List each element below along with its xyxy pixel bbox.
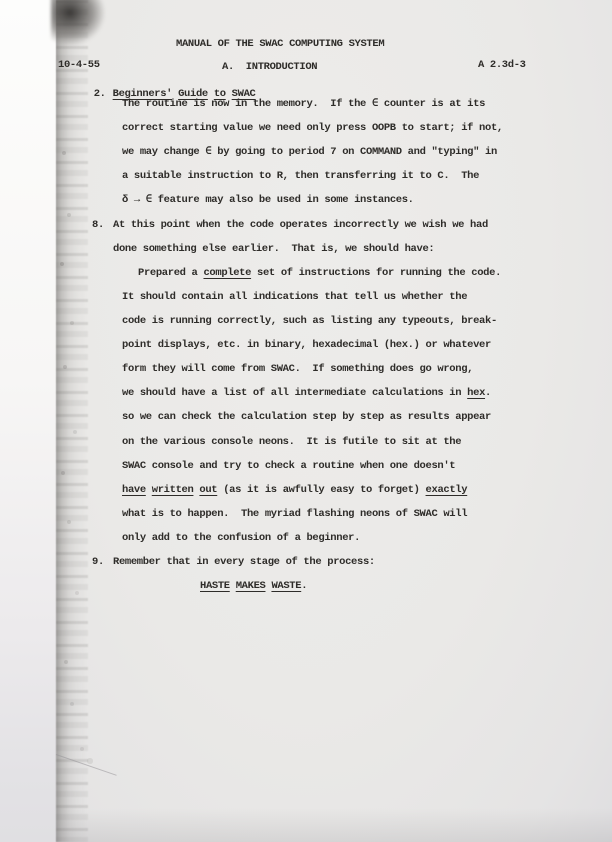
text-run: Prepared a [138, 267, 203, 279]
line-text: It should contain all indications that t… [122, 291, 467, 303]
underlined-text: WASTE [271, 580, 301, 592]
body-line: δ → ∈ feature may also be used in some i… [56, 188, 612, 212]
document-date: 10-4-55 [58, 59, 100, 71]
line-text: point displays, etc. in binary, hexadeci… [122, 339, 491, 351]
text-run: only add to the confusion of a beginner. [122, 532, 360, 544]
list-item-number: 8. [92, 213, 104, 237]
line-text: form they will come from SWAC. If someth… [122, 363, 473, 375]
body-line: SWAC console and try to check a routine … [56, 454, 612, 478]
page-reference: A 2.3d-3 [478, 59, 526, 71]
text-run: . [301, 580, 307, 592]
line-text: we should have a list of all intermediat… [122, 387, 491, 399]
body-line: code is running correctly, such as listi… [56, 309, 612, 333]
text-run: SWAC console and try to check a routine … [122, 460, 455, 472]
body-line: It should contain all indications that t… [56, 285, 612, 309]
line-text: what is to happen. The myriad flashing n… [122, 508, 467, 520]
underlined-text: have [122, 484, 146, 496]
scan-noise-specks [56, 0, 58, 2]
line-text: done something else earlier. That is, we… [113, 243, 434, 255]
line-text: only add to the confusion of a beginner. [122, 532, 360, 544]
line-text: a suitable instruction to R, then transf… [122, 170, 479, 182]
text-run: correct starting value we need only pres… [122, 122, 503, 134]
line-text: code is running correctly, such as listi… [122, 315, 497, 327]
document-page: MANUAL OF THE SWAC COMPUTING SYSTEM 10-4… [56, 0, 612, 842]
document-title: MANUAL OF THE SWAC COMPUTING SYSTEM [176, 38, 384, 50]
line-text: Prepared a complete set of instructions … [138, 267, 501, 279]
text-run: set of instructions for running the code… [251, 267, 501, 279]
text-run: code is running correctly, such as listi… [122, 315, 497, 327]
underlined-text: hex [467, 387, 485, 399]
text-run: The routine is now in the memory. If the… [122, 98, 485, 110]
text-run: a suitable instruction to R, then transf… [122, 170, 479, 182]
list-item-number: 9. [92, 550, 104, 574]
scan-artifact-blob [51, 0, 105, 45]
line-text: SWAC console and try to check a routine … [122, 460, 455, 472]
text-run: δ → ∈ feature may also be used in some i… [122, 194, 414, 206]
body-line: have written out (as it is awfully easy … [56, 478, 612, 502]
line-text: have written out (as it is awfully easy … [122, 484, 467, 496]
text-run: what is to happen. The myriad flashing n… [122, 508, 467, 520]
scanned-page: MANUAL OF THE SWAC COMPUTING SYSTEM 10-4… [0, 0, 612, 842]
body-line: Prepared a complete set of instructions … [56, 261, 612, 285]
underlined-text: exactly [426, 484, 468, 496]
text-run: done something else earlier. That is, we… [113, 243, 434, 255]
line-text: HASTE MAKES WASTE. [200, 580, 307, 592]
body-line: point displays, etc. in binary, hexadeci… [56, 333, 612, 357]
text-run: we should have a list of all intermediat… [122, 387, 467, 399]
underlined-text: written [152, 484, 194, 496]
underlined-text: MAKES [236, 580, 266, 592]
underlined-text: HASTE [200, 580, 230, 592]
body-line: 9.Remember that in every stage of the pr… [56, 550, 612, 574]
body-line: only add to the confusion of a beginner. [56, 526, 612, 550]
section-heading: A. INTRODUCTION [222, 61, 317, 73]
underlined-text: complete [203, 267, 251, 279]
line-text: The routine is now in the memory. If the… [122, 98, 485, 110]
body-line: what is to happen. The myriad flashing n… [56, 502, 612, 526]
text-run: form they will come from SWAC. If someth… [122, 363, 473, 375]
body-line: so we can check the calculation step by … [56, 405, 612, 429]
text-run: . [485, 387, 491, 399]
text-run: Remember that in every stage of the proc… [113, 556, 375, 568]
body-line: correct starting value we need only pres… [56, 116, 612, 140]
line-text: so we can check the calculation step by … [122, 411, 491, 423]
text-run: It should contain all indications that t… [122, 291, 467, 303]
text-run: on the various console neons. It is futi… [122, 436, 461, 448]
line-text: At this point when the code operates inc… [113, 219, 488, 231]
text-run: so we can check the calculation step by … [122, 411, 491, 423]
body-line: we should have a list of all intermediat… [56, 381, 612, 405]
body-line: a suitable instruction to R, then transf… [56, 164, 612, 188]
document-body: The routine is now in the memory. If the… [56, 92, 612, 598]
body-line: HASTE MAKES WASTE. [56, 574, 612, 598]
line-text: we may change ∈ by going to period 7 on … [122, 146, 497, 158]
text-run: At this point when the code operates inc… [113, 219, 488, 231]
text-run: (as it is awfully easy to forget) [217, 484, 425, 496]
body-line: form they will come from SWAC. If someth… [56, 357, 612, 381]
underlined-text: out [199, 484, 217, 496]
line-text: δ → ∈ feature may also be used in some i… [122, 194, 414, 206]
line-text: Remember that in every stage of the proc… [113, 556, 375, 568]
body-line: 8.At this point when the code operates i… [56, 213, 612, 237]
body-line: The routine is now in the memory. If the… [56, 92, 612, 116]
body-line: on the various console neons. It is futi… [56, 430, 612, 454]
line-text: on the various console neons. It is futi… [122, 436, 461, 448]
body-line: we may change ∈ by going to period 7 on … [56, 140, 612, 164]
text-run: point displays, etc. in binary, hexadeci… [122, 339, 491, 351]
body-line: done something else earlier. That is, we… [56, 237, 612, 261]
line-text: correct starting value we need only pres… [122, 122, 503, 134]
scanner-margin [0, 0, 56, 842]
text-run: we may change ∈ by going to period 7 on … [122, 146, 497, 158]
